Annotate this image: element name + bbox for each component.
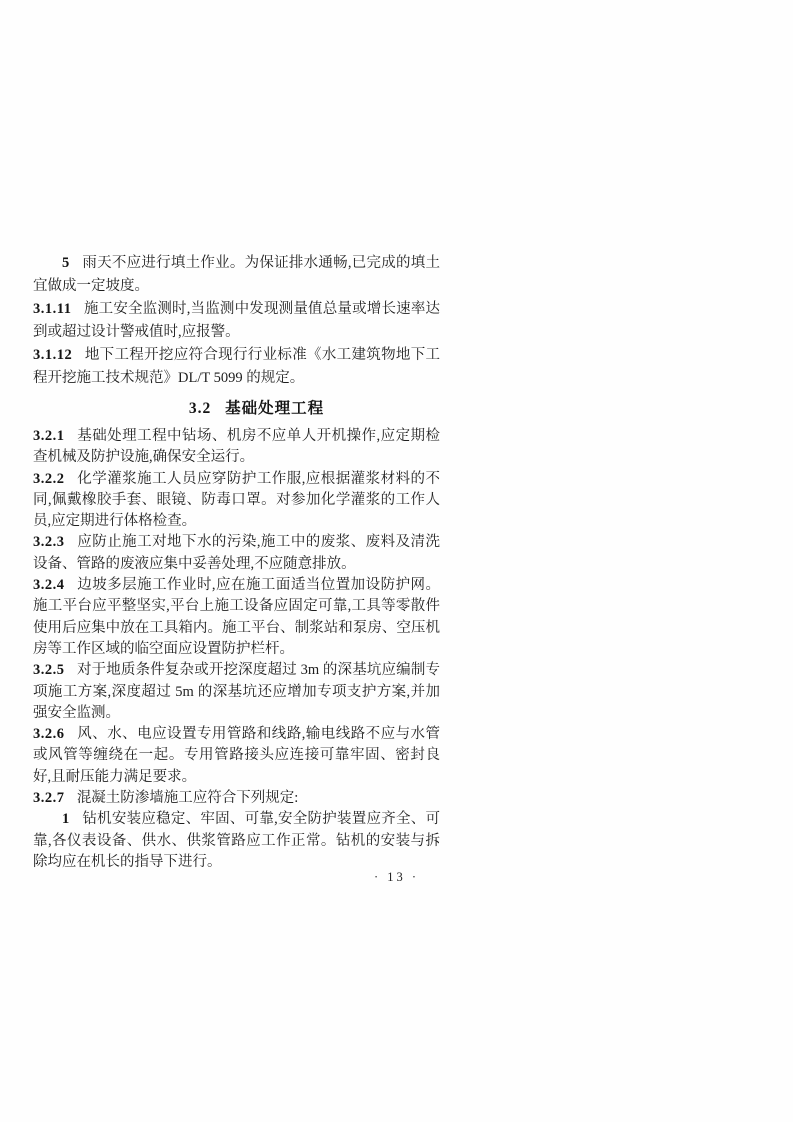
clause-paragraph: 3.1.11施工安全监测时,当监测中发现测量值总量或增长速率达到或超过设计警戒值… — [33, 298, 440, 344]
text-block: 5雨天不应进行填土作业。为保证排水通畅,已完成的填土宜做成一定坡度。 3.1.1… — [33, 252, 440, 873]
clause-text: 应防止施工对地下水的污染,施工中的废浆、废料及清洗设备、管路的废液应集中妥善处理… — [33, 534, 440, 571]
clause-paragraph: 3.2.2化学灌浆施工人员应穿防护工作服,应根据灌浆材料的不同,佩戴橡胶手套、眼… — [33, 469, 440, 533]
clause-number: 3.1.12 — [33, 347, 72, 363]
clause-text: 混凝土防渗墙施工应符合下列规定: — [77, 790, 299, 806]
section-heading-number: 3.2 — [189, 400, 211, 417]
clause-number: 1 — [62, 811, 70, 827]
clause-text: 钻机安装应稳定、牢固、可靠,安全防护装置应齐全、可靠,各仪表设备、供水、供浆管路… — [33, 811, 440, 870]
clause-text: 雨天不应进行填土作业。为保证排水通畅,已完成的填土宜做成一定坡度。 — [33, 255, 440, 294]
clause-text: 基础处理工程中钻场、机房不应单人开机操作,应定期检查机械及防护设施,确保安全运行… — [33, 428, 440, 465]
clause-paragraph: 3.2.7混凝土防渗墙施工应符合下列规定: — [33, 788, 440, 809]
clause-paragraph: 3.2.3应防止施工对地下水的污染,施工中的废浆、废料及清洗设备、管路的废液应集… — [33, 532, 440, 575]
page-number: · 13 · — [0, 870, 793, 885]
clause-text: 施工安全监测时,当监测中发现测量值总量或增长速率达到或超过设计警戒值时,应报警。 — [33, 301, 440, 340]
clause-paragraph: 3.1.12地下工程开挖应符合现行行业标准《水工建筑物地下工程开挖施工技术规范》… — [33, 344, 440, 390]
clause-paragraph: 5雨天不应进行填土作业。为保证排水通畅,已完成的填土宜做成一定坡度。 — [33, 252, 440, 298]
section-heading: 3.2基础处理工程 — [53, 398, 460, 420]
clause-number: 3.2.5 — [33, 662, 65, 678]
section-32-clauses: 3.2.1基础处理工程中钻场、机房不应单人开机操作,应定期检查机械及防护设施,确… — [33, 426, 440, 873]
document-page: 5雨天不应进行填土作业。为保证排水通畅,已完成的填土宜做成一定坡度。 3.1.1… — [0, 0, 793, 1122]
clause-number: 3.2.6 — [33, 726, 65, 742]
clause-paragraph: 3.2.1基础处理工程中钻场、机房不应单人开机操作,应定期检查机械及防护设施,确… — [33, 426, 440, 469]
clause-text: 对于地质条件复杂或开挖深度超过 3m 的深基坑应编制专项施工方案,深度超过 5m… — [33, 662, 440, 721]
clause-text: 边坡多层施工作业时,应在施工面适当位置加设防护网。施工平台应平整坚实,平台上施工… — [33, 577, 440, 657]
section-heading-title: 基础处理工程 — [225, 400, 324, 417]
clause-text: 化学灌浆施工人员应穿防护工作服,应根据灌浆材料的不同,佩戴橡胶手套、眼镜、防毒口… — [33, 471, 440, 530]
clause-number: 3.2.3 — [33, 534, 65, 550]
clause-number: 3.2.7 — [33, 790, 65, 806]
section-31-clauses: 5雨天不应进行填土作业。为保证排水通畅,已完成的填土宜做成一定坡度。 3.1.1… — [33, 252, 440, 390]
clause-number: 3.2.4 — [33, 577, 65, 593]
clause-paragraph: 3.2.5对于地质条件复杂或开挖深度超过 3m 的深基坑应编制专项施工方案,深度… — [33, 660, 440, 724]
clause-paragraph: 3.2.4边坡多层施工作业时,应在施工面适当位置加设防护网。施工平台应平整坚实,… — [33, 575, 440, 660]
clause-paragraph: 1钻机安装应稳定、牢固、可靠,安全防护装置应齐全、可靠,各仪表设备、供水、供浆管… — [33, 809, 440, 873]
clause-number: 3.2.1 — [33, 428, 65, 444]
clause-number: 3.1.11 — [33, 301, 71, 317]
clause-text: 地下工程开挖应符合现行行业标准《水工建筑物地下工程开挖施工技术规范》DL/T 5… — [33, 347, 440, 386]
clause-paragraph: 3.2.6风、水、电应设置专用管路和线路,输电线路不应与水管或风管等缠绕在一起。… — [33, 724, 440, 788]
clause-number: 3.2.2 — [33, 471, 65, 487]
clause-text: 风、水、电应设置专用管路和线路,输电线路不应与水管或风管等缠绕在一起。专用管路接… — [33, 726, 440, 785]
clause-number: 5 — [62, 255, 70, 271]
